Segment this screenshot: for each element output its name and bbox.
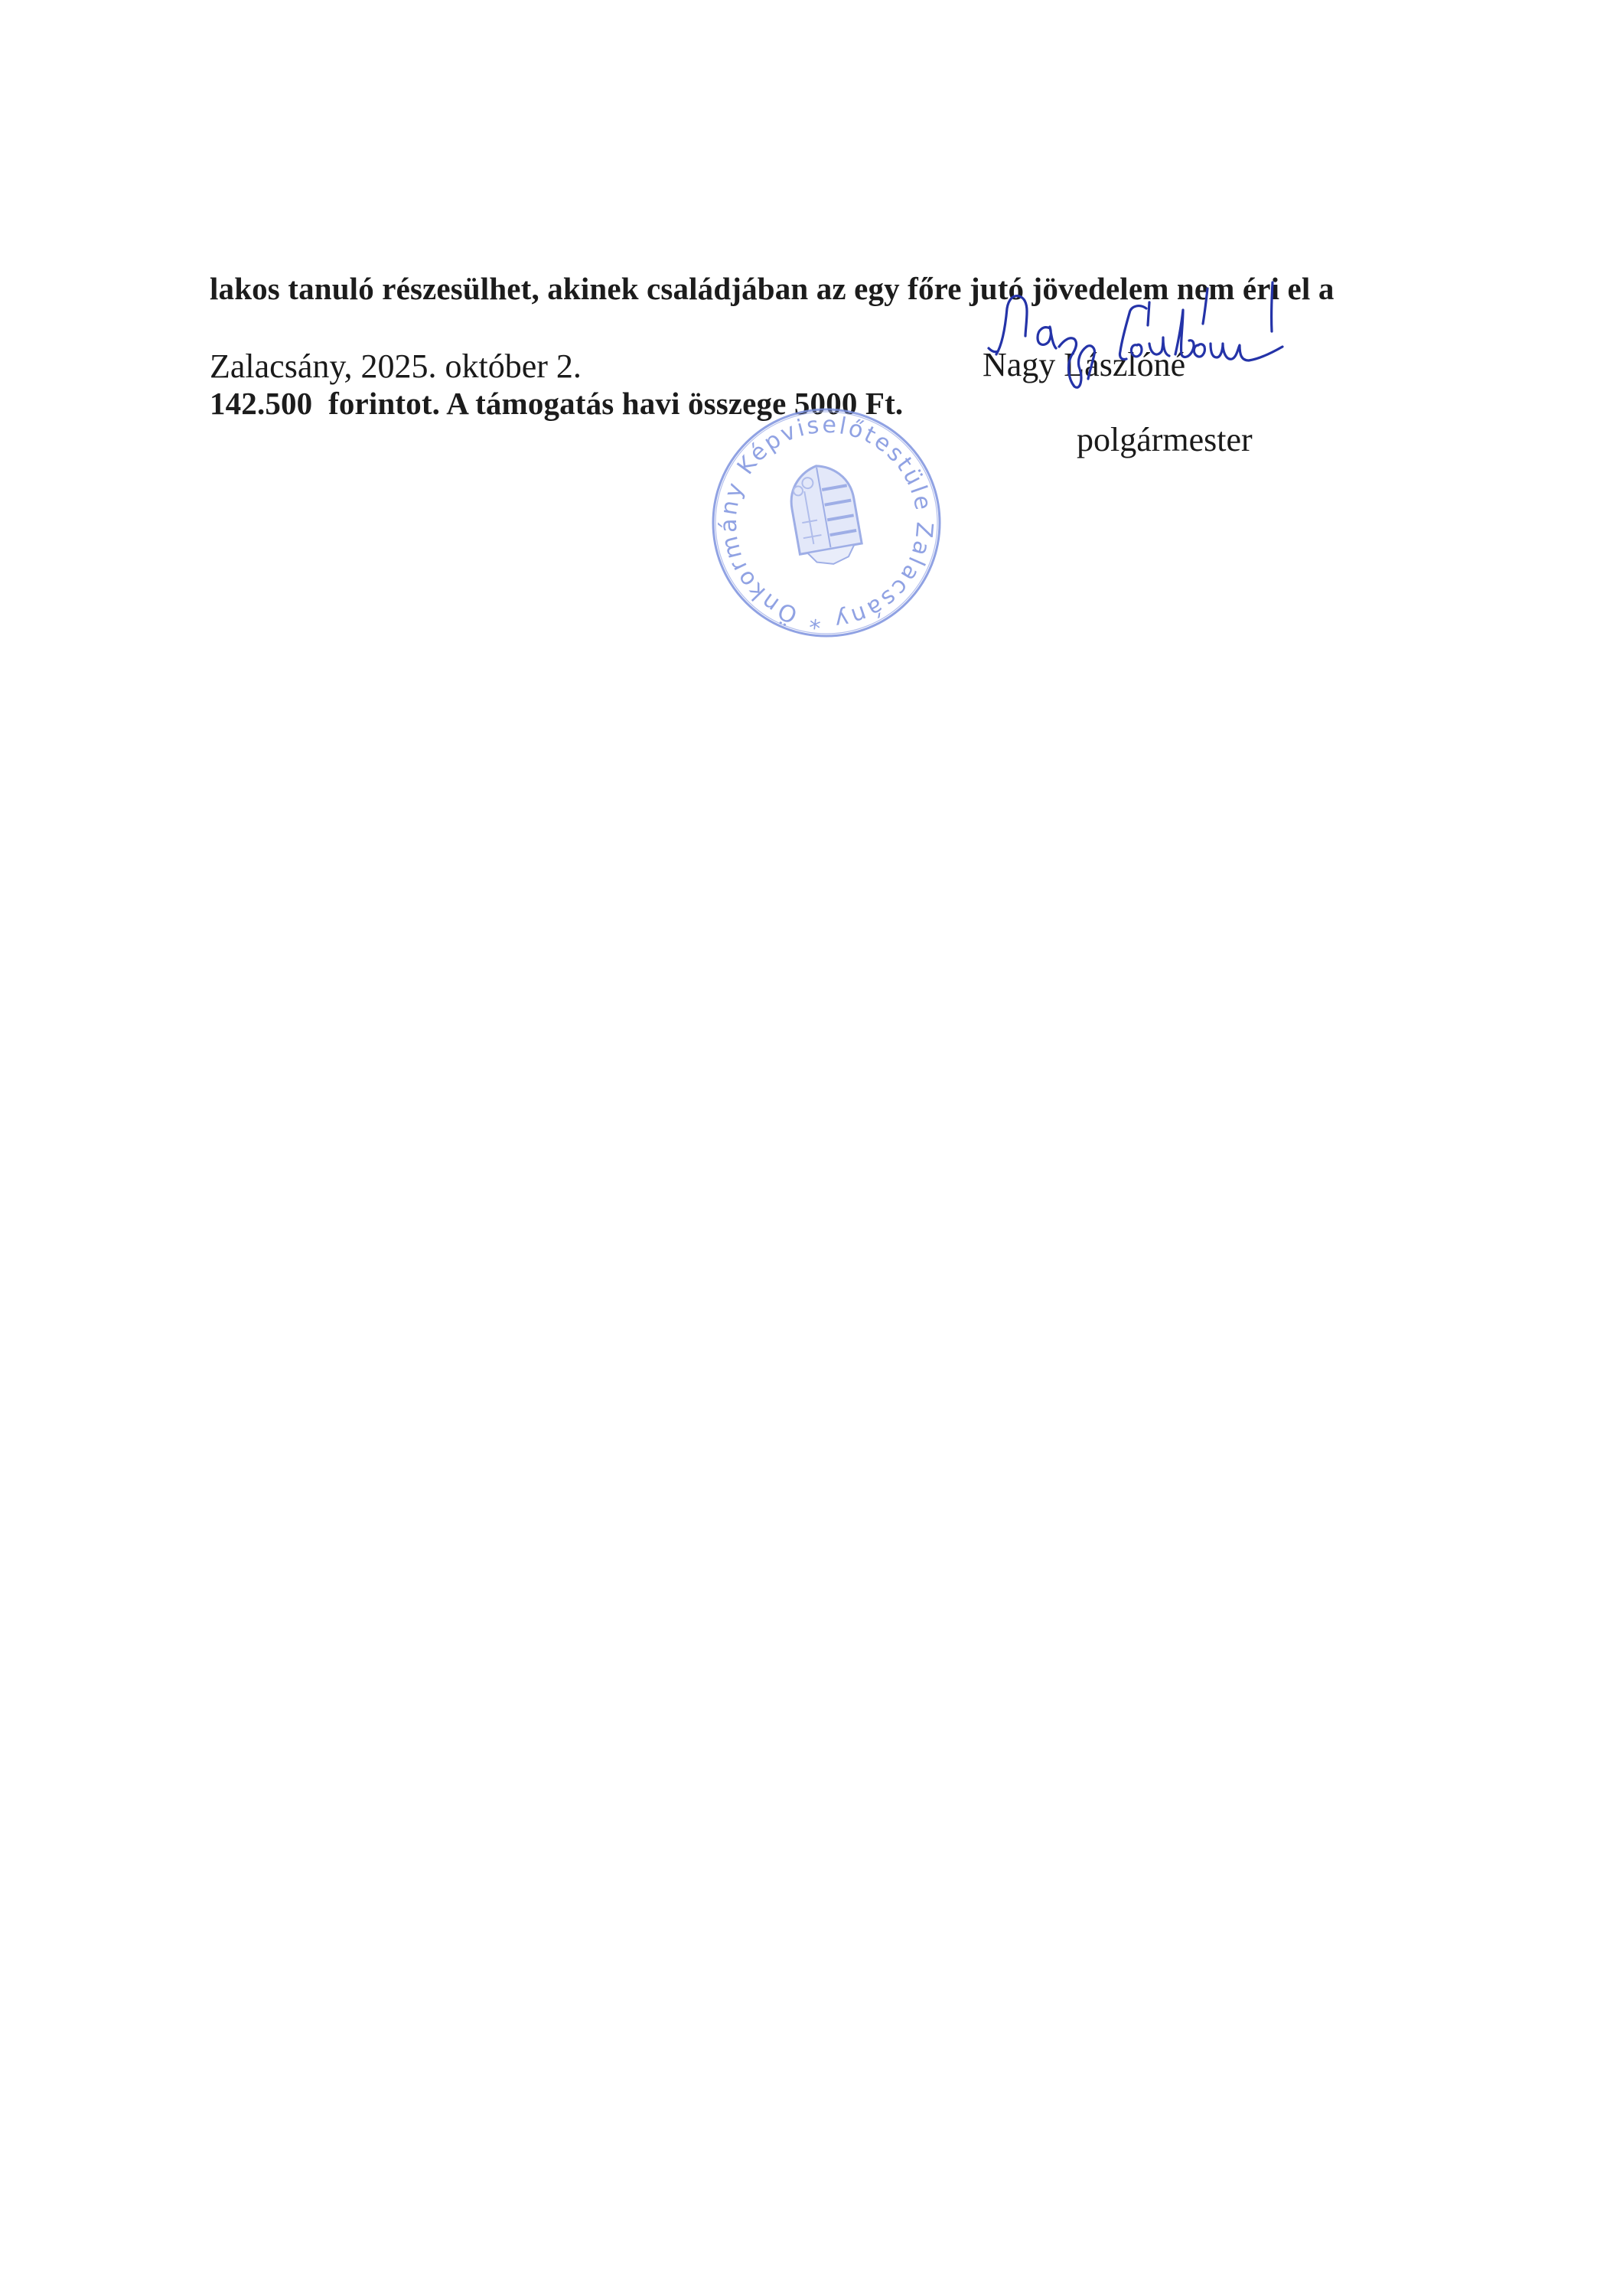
coat-of-arms-icon: [785, 461, 864, 569]
body-line-1: lakos tanuló részesülhet, akinek családj…: [210, 269, 1403, 308]
signer-title: polgármester: [1077, 421, 1253, 459]
signer-name: Nagy Lászlóné: [983, 346, 1185, 384]
place-and-date: Zalacsány, 2025. október 2.: [210, 347, 582, 386]
official-stamp: Zalacsány * Önkormány Képviselőtestülete…: [708, 404, 945, 641]
